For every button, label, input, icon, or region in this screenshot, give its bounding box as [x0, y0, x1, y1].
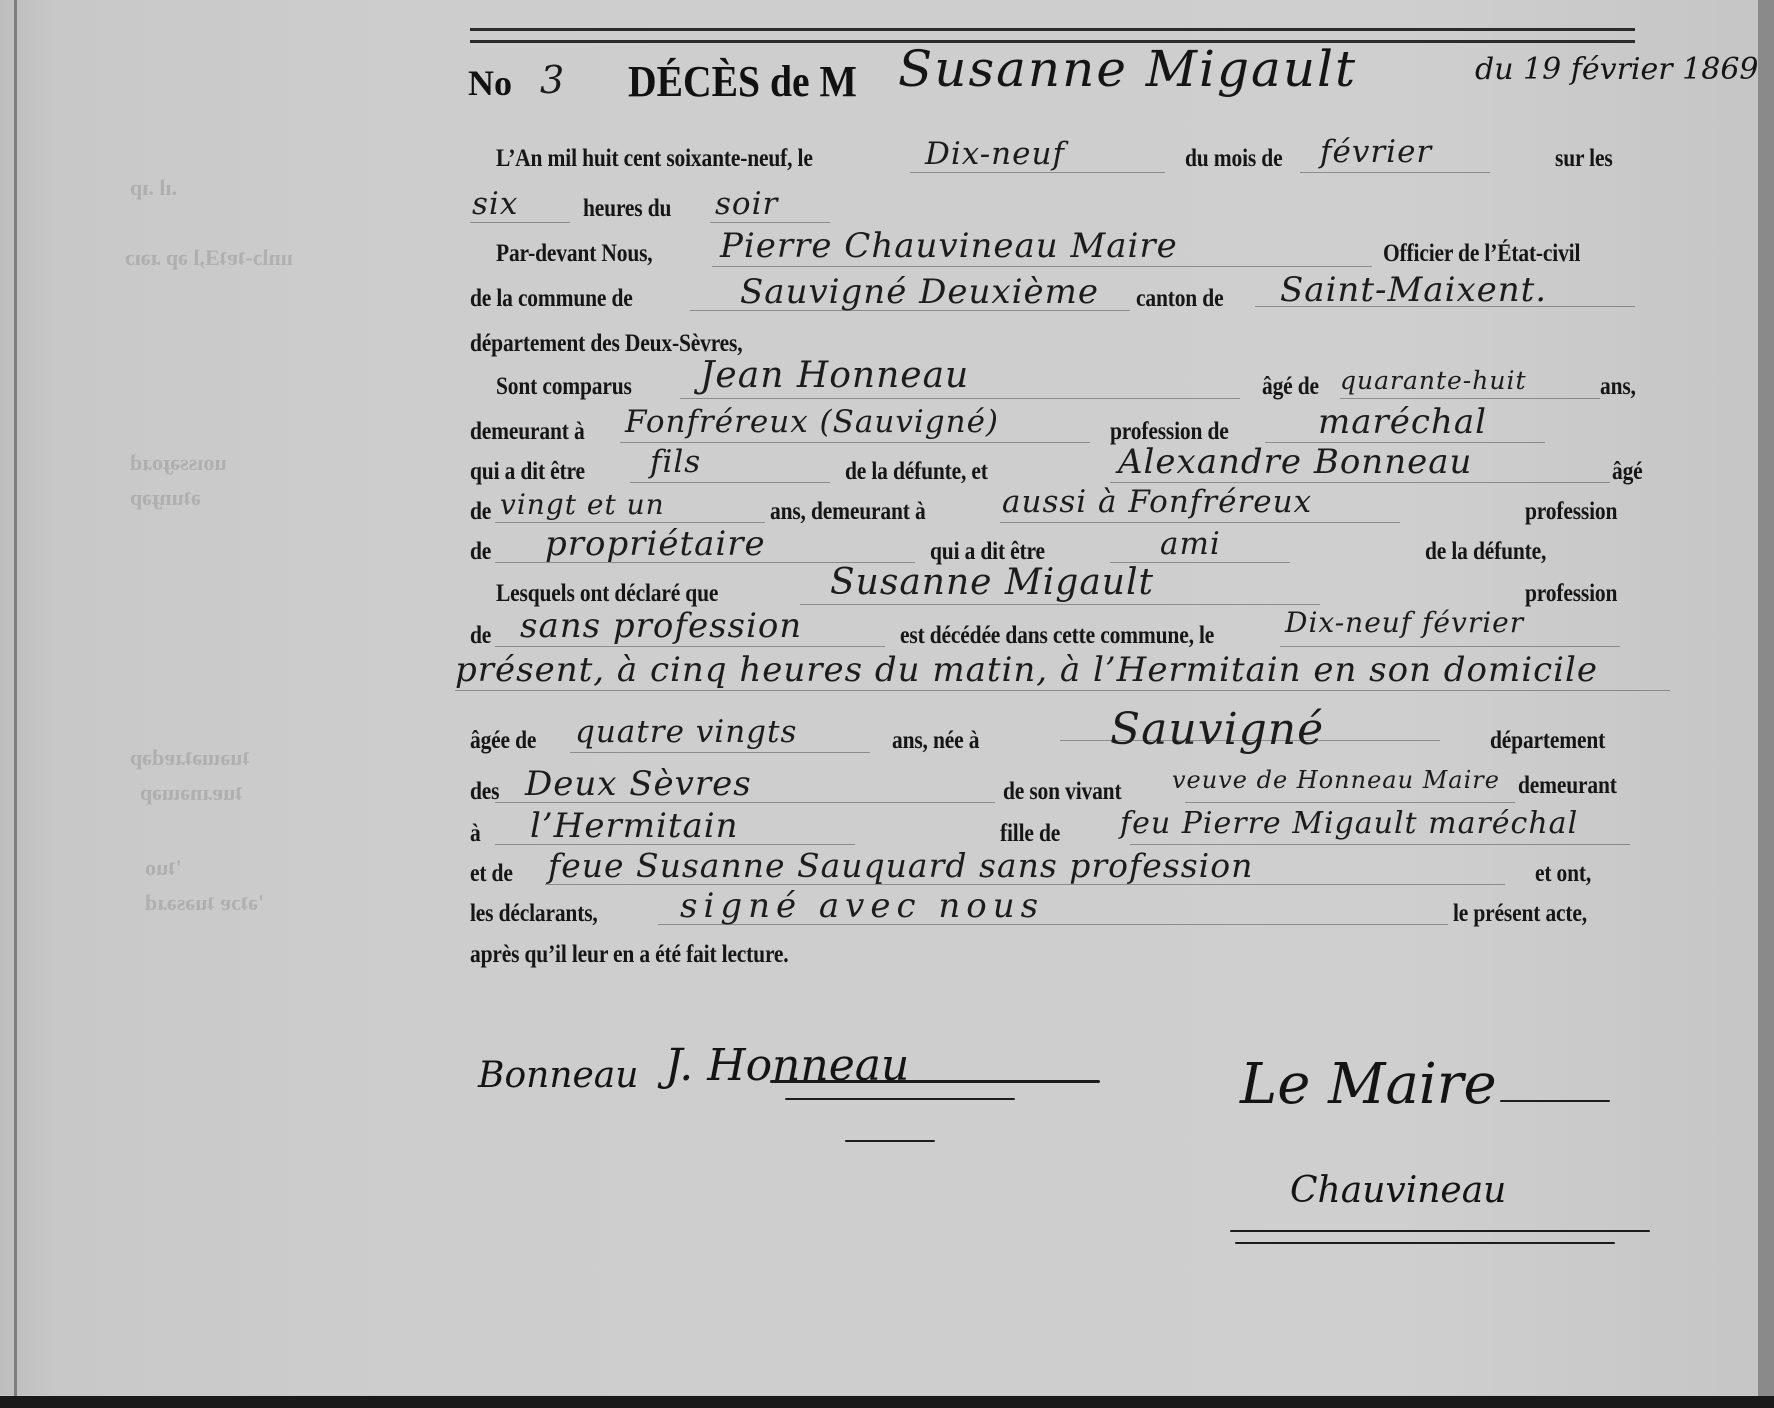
fill-line [630, 482, 830, 483]
handwritten-declarant1-residence: Fonfréreux (Sauvigné) [625, 404, 999, 440]
printed-text: ans, née à [892, 727, 979, 755]
printed-text: de [470, 538, 491, 566]
handwritten-residence: l’Hermitain [530, 806, 739, 846]
handwritten-death-details: présent, à cinq heures du matin, à l’Her… [455, 650, 1598, 690]
page-edge-bottom [0, 1396, 1774, 1408]
handwritten-mother: feue Susanne Sauquard sans profession [548, 846, 1253, 885]
fill-line [1185, 802, 1515, 803]
fill-line [910, 172, 1165, 173]
page-edge-right [1758, 0, 1774, 1408]
bleed-through-text: .ıl .ıp [130, 175, 177, 201]
signature-flourish [1230, 1230, 1650, 1232]
record-date-note: du 19 février 1869 [1475, 52, 1759, 87]
handwritten-marital-status: veuve de Honneau Maire [1172, 766, 1500, 794]
fill-line [800, 604, 1320, 605]
printed-text: de [470, 622, 491, 650]
printed-text: âgée de [470, 727, 536, 755]
handwritten-death-date: Dix-neuf février [1285, 606, 1524, 639]
handwritten-canton: Saint-Maixent. [1280, 270, 1547, 310]
header-rule-top [470, 28, 1635, 31]
printed-text: les déclarants, [470, 900, 598, 928]
record-title: DÉCÈS de M [628, 56, 857, 107]
handwritten-signature-statement: signé avec nous [680, 886, 1044, 926]
handwritten-declarant2-residence: aussi à Fonfréreux [1002, 484, 1312, 520]
bleed-through-text: ıınlɔ-ʇɐʇƎ,l ǝp ɹǝıɔ [125, 245, 293, 271]
printed-text: et de [470, 860, 513, 888]
printed-text: département [1490, 727, 1605, 755]
signature-honneau: J. Honneau [665, 1040, 909, 1091]
signature-title-le-maire: Le Maire [1240, 1052, 1497, 1117]
handwritten-declarant2-profession: propriétaire [545, 524, 766, 564]
printed-text: ans, [1600, 373, 1636, 401]
page-fold [14, 0, 17, 1408]
fill-line [1340, 398, 1600, 399]
handwritten-declarant2-name: Alexandre Bonneau [1118, 442, 1472, 482]
printed-text: demeurant [1518, 772, 1617, 800]
fill-line [495, 646, 885, 647]
entry-number-label: No [468, 62, 512, 104]
printed-text: le présent acte, [1453, 900, 1587, 928]
printed-text: après qu’il leur en a été fait lecture. [470, 941, 789, 969]
fill-line [470, 222, 570, 223]
printed-text: Sont comparus [496, 373, 632, 401]
printed-text: canton de [1136, 285, 1223, 313]
register-page: .ıl .ıp ıınlɔ-ʇɐʇƎ,l ǝp ɹǝıɔ uoıssǝɟoɹd … [0, 0, 1758, 1395]
bleed-through-text: ʇuɐɹnǝɯǝp [140, 780, 243, 806]
printed-text: à [470, 820, 481, 848]
handwritten-officer-name: Pierre Chauvineau Maire [720, 226, 1178, 266]
handwritten-birth-department: Deux Sèvres [525, 764, 752, 804]
printed-text: demeurant à [470, 418, 585, 446]
printed-text: L’An mil huit cent soixante-neuf, le [496, 145, 813, 173]
printed-text: fille de [1000, 820, 1060, 848]
printed-text: de la défunte, et [845, 458, 988, 486]
handwritten-declarant1-profession: maréchal [1318, 402, 1487, 442]
printed-text: et ont, [1535, 860, 1591, 888]
signature-flourish [785, 1098, 1015, 1100]
printed-text: profession [1525, 580, 1617, 608]
printed-text: du mois de [1185, 145, 1282, 173]
fill-line [1000, 522, 1400, 523]
printed-text: ans, demeurant à [770, 498, 926, 526]
printed-text: Lesquels ont déclaré que [496, 580, 718, 608]
handwritten-father: feu Pierre Migault maréchal [1120, 806, 1578, 841]
fill-line [455, 690, 1670, 691]
fill-line [1110, 482, 1610, 483]
entry-number: 3 [540, 58, 564, 102]
printed-text: département des Deux-Sèvres, [470, 330, 742, 358]
fill-line [712, 266, 1372, 267]
bleed-through-text: 'ǝʇɔɐ ʇuǝsǝɹd [145, 890, 264, 916]
handwritten-declarant2-age: vingt et un [500, 488, 665, 521]
bleed-through-text: ʇuǝɯǝʇɹɐdǝp [130, 745, 250, 771]
bleed-through-text: ǝʇunɟǝp [130, 485, 201, 511]
fill-line [495, 522, 765, 523]
fill-line [680, 398, 1240, 399]
fill-line [1280, 646, 1620, 647]
printed-text: sur les [1555, 145, 1613, 173]
bleed-through-text: uoıssǝɟoɹd [130, 450, 227, 476]
fill-line [710, 222, 830, 223]
signature-flourish [1500, 1100, 1610, 1102]
fill-line [1130, 844, 1630, 845]
signature-flourish [770, 1080, 1100, 1083]
deceased-name-heading: Susanne Migault [898, 40, 1357, 98]
signature-bonneau: Bonneau [478, 1055, 638, 1096]
printed-text: âgé de [1262, 373, 1319, 401]
printed-text: profession [1525, 498, 1617, 526]
handwritten-deceased-name: Susanne Migault [830, 562, 1154, 603]
handwritten-day: Dix-neuf [925, 136, 1065, 172]
printed-text: de la commune de [470, 285, 633, 313]
bleed-through-text: 'ʇuo [145, 855, 182, 881]
signature-flourish [845, 1140, 935, 1142]
printed-text: de la défunte, [1425, 538, 1546, 566]
fill-line [570, 752, 870, 753]
printed-text: Par-devant Nous, [496, 240, 653, 268]
fill-line [1300, 172, 1490, 173]
printed-text: âgé [1612, 458, 1643, 486]
handwritten-month: février [1320, 134, 1432, 170]
signature-mayor-name: Chauvineau [1290, 1170, 1506, 1211]
handwritten-commune: Sauvigné Deuxième [740, 272, 1099, 312]
printed-text: de [470, 498, 491, 526]
handwritten-declarant1-relation: fils [650, 444, 701, 480]
handwritten-birthplace: Sauvigné [1110, 704, 1324, 755]
signature-flourish [1235, 1242, 1615, 1244]
printed-text: est décédée dans cette commune, le [900, 622, 1214, 650]
handwritten-deceased-age: quatre vingts [575, 714, 797, 750]
handwritten-declarant1-age: quarante-huit [1340, 366, 1527, 395]
handwritten-declarant2-relation: ami [1160, 526, 1221, 562]
handwritten-declarant1-name: Jean Honneau [700, 355, 969, 396]
fill-line [620, 442, 1090, 443]
handwritten-time-of-day: soir [715, 186, 778, 222]
printed-text: Officier de l’État-civil [1383, 240, 1580, 268]
handwritten-deceased-profession: sans profession [520, 606, 802, 646]
printed-text: heures du [583, 195, 671, 223]
handwritten-hour: six [472, 186, 518, 222]
printed-text: qui a dit être [470, 458, 585, 486]
printed-text: de son vivant [1003, 778, 1121, 806]
